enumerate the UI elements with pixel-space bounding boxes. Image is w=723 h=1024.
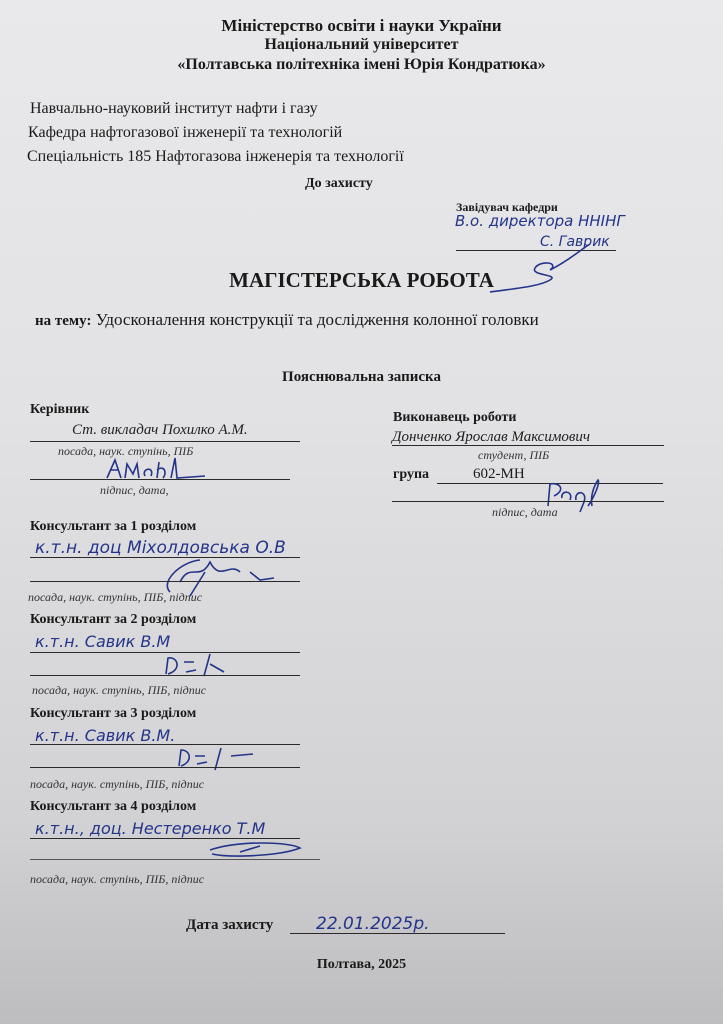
consultant-3-handwritten: к.т.н. Савик В.М. (35, 726, 175, 745)
consultant-4-label: Консультант за 4 розділом (30, 799, 196, 815)
explanatory-note-title: Пояснювальна записка (0, 369, 723, 386)
consultant-2-caption: посада, наук. ступінь, ПІБ, підпис (32, 683, 206, 698)
performer-signature-caption: підпис, дата (492, 505, 558, 520)
supervisor-signature-caption: підпис, дата, (100, 483, 169, 498)
supervisor-signature-line (30, 479, 290, 480)
topic-label: на тему: (35, 313, 91, 329)
consultant-2-label: Консультант за 2 розділом (30, 612, 196, 628)
defense-date-line (290, 933, 505, 934)
institute-name: Навчально-науковий інститут нафти і газу (30, 100, 318, 118)
topic-text: Удосконалення конструкції та дослідження… (96, 310, 539, 329)
topic-line: на тему: Удосконалення конструкції та до… (35, 310, 539, 330)
consultant-4-handwritten: к.т.н., доц. Нестеренко Т.М (35, 819, 265, 838)
university-line2: «Полтавська політехніка імені Юрія Кондр… (0, 56, 723, 74)
supervisor-label: Керівник (30, 402, 89, 418)
defense-date-value: 22.01.2025р. (316, 914, 430, 934)
performer-label: Виконавець роботи (393, 410, 516, 426)
head-handwritten-title: В.о. директора ННІНГ (455, 212, 625, 230)
department-name: Кафедра нафтогазової інженерії та технол… (28, 124, 342, 142)
group-label: група (393, 467, 429, 483)
consultant-3-caption: посада, наук. ступінь, ПІБ, підпис (30, 777, 204, 792)
consultant-4-signature-line (30, 859, 320, 860)
supervisor-name: Ст. викладач Похилко А.М. (72, 422, 248, 439)
consultant-3-signature-line (30, 767, 300, 768)
consultant-1-label: Консультант за 1 розділом (30, 519, 196, 535)
ministry-title: Міністерство освіти і науки України (0, 16, 723, 36)
city-year: Полтава, 2025 (0, 957, 723, 973)
consultant-2-signature-line (30, 675, 300, 676)
performer-signature-line (392, 501, 664, 502)
consultant-3-signature-icon (175, 744, 265, 774)
consultant-3-label: Консультант за 3 розділом (30, 706, 196, 722)
group-value: 602-МН (473, 466, 525, 483)
performer-name-caption: студент, ПІБ (478, 448, 549, 463)
work-type-title: МАГІСТЕРСЬКА РОБОТА (0, 268, 723, 293)
performer-name-line (392, 445, 664, 446)
supervisor-name-line (30, 441, 300, 442)
consultant-2-handwritten: к.т.н. Савик В.М (35, 632, 170, 651)
consultant-1-caption: посада, наук. ступінь, ПІБ, підпис (28, 590, 202, 605)
consultant-1-signature-line (30, 581, 300, 582)
to-defense-label: До захисту (305, 176, 373, 192)
defense-date-label: Дата захисту (186, 917, 273, 934)
university-line1: Національний університет (0, 36, 723, 54)
consultant-4-caption: посада, наук. ступінь, ПІБ, підпис (30, 872, 204, 887)
performer-name: Донченко Ярослав Максимович (392, 429, 590, 446)
specialty-name: Спеціальність 185 Нафтогазова інженерія … (27, 148, 404, 166)
